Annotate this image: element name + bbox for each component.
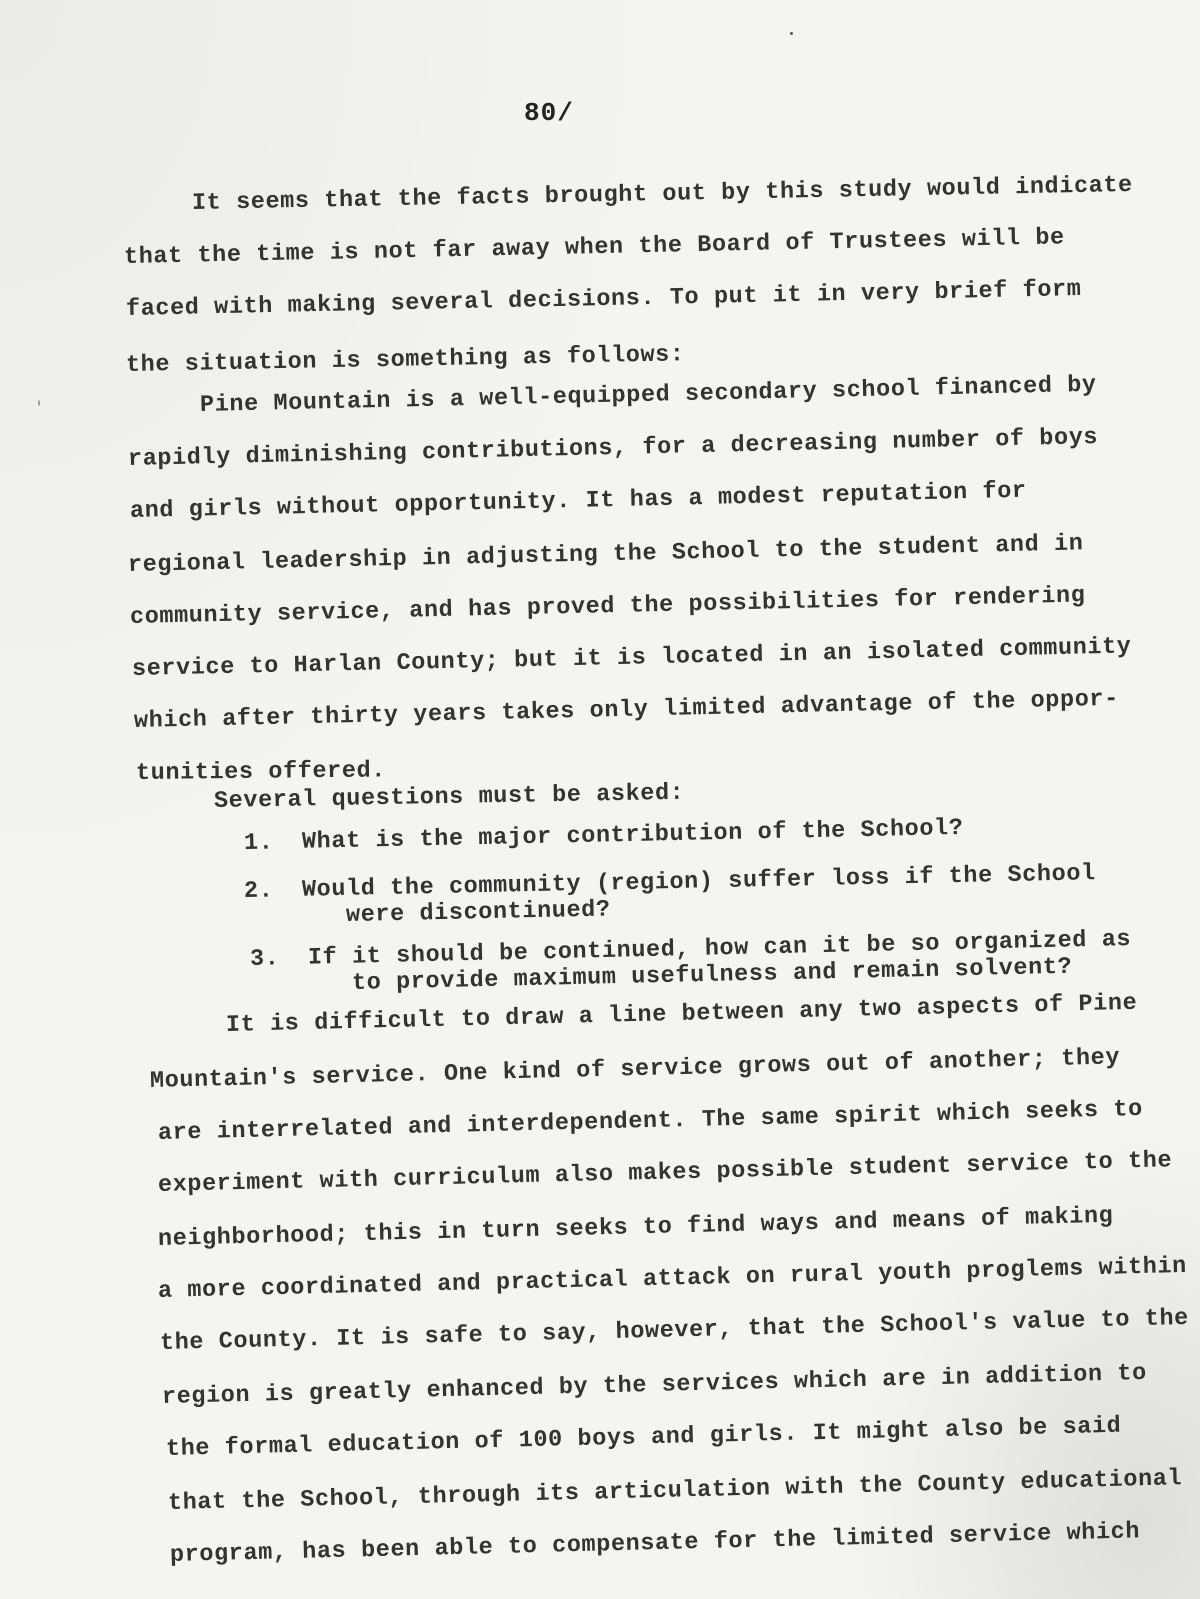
text-line: a more coordinated and practical attack …	[158, 1253, 1188, 1305]
question-number: 3.	[250, 945, 309, 973]
text-line: It seems that the facts brought out by t…	[192, 172, 1133, 217]
question-text-continued: were discontinued?	[346, 896, 611, 929]
text-line: that the School, through its articulatio…	[168, 1465, 1183, 1517]
text-line: regional leadership in adjusting the Sch…	[128, 530, 1084, 579]
text-line: experiment with curriculum also makes po…	[158, 1147, 1173, 1199]
scan-speck	[790, 32, 793, 35]
text-line: and girls without opportunity. It has a …	[130, 478, 1027, 525]
text-line: region is greatly enhanced by the servic…	[162, 1360, 1147, 1411]
text-line: are interrelated and interdependent. The…	[158, 1096, 1143, 1147]
page-number: 80/	[524, 98, 574, 128]
scan-speck	[38, 400, 40, 406]
text-line: neighborhood; this in turn seeks to find…	[158, 1203, 1114, 1253]
text-line: the County. It is safe to say, however, …	[160, 1305, 1190, 1357]
text-line: It is difficult to draw a line between a…	[226, 990, 1138, 1039]
text-line: the formal education of 100 boys and gir…	[166, 1413, 1122, 1463]
text-line: service to Harlan County; but it is loca…	[132, 633, 1132, 683]
question-number: 2.	[244, 877, 303, 905]
question-number: 1.	[244, 829, 303, 857]
text-line: that the time is not far away when the B…	[124, 224, 1065, 271]
text-line: the situation is something as follows:	[126, 341, 685, 379]
text-line: tunities offered.	[136, 757, 386, 787]
question-text: Would the community (region) suffer loss…	[302, 860, 1096, 904]
question-text: What is the major contribution of the Sc…	[302, 815, 964, 856]
text-line: rapidly diminishing contributions, for a…	[128, 424, 1099, 473]
scanned-page: 80/ It seems that the facts brought out …	[0, 0, 1200, 1599]
text-line: which after thirty years takes only limi…	[134, 686, 1119, 735]
text-line: Mountain's service. One kind of service …	[150, 1044, 1121, 1095]
text-line: Pine Mountain is a well-equipped seconda…	[200, 372, 1097, 419]
text-line: faced with making several decisions. To …	[126, 276, 1082, 323]
text-line: community service, and has proved the po…	[130, 582, 1086, 631]
text-line: program, has been able to compensate for…	[170, 1518, 1141, 1569]
